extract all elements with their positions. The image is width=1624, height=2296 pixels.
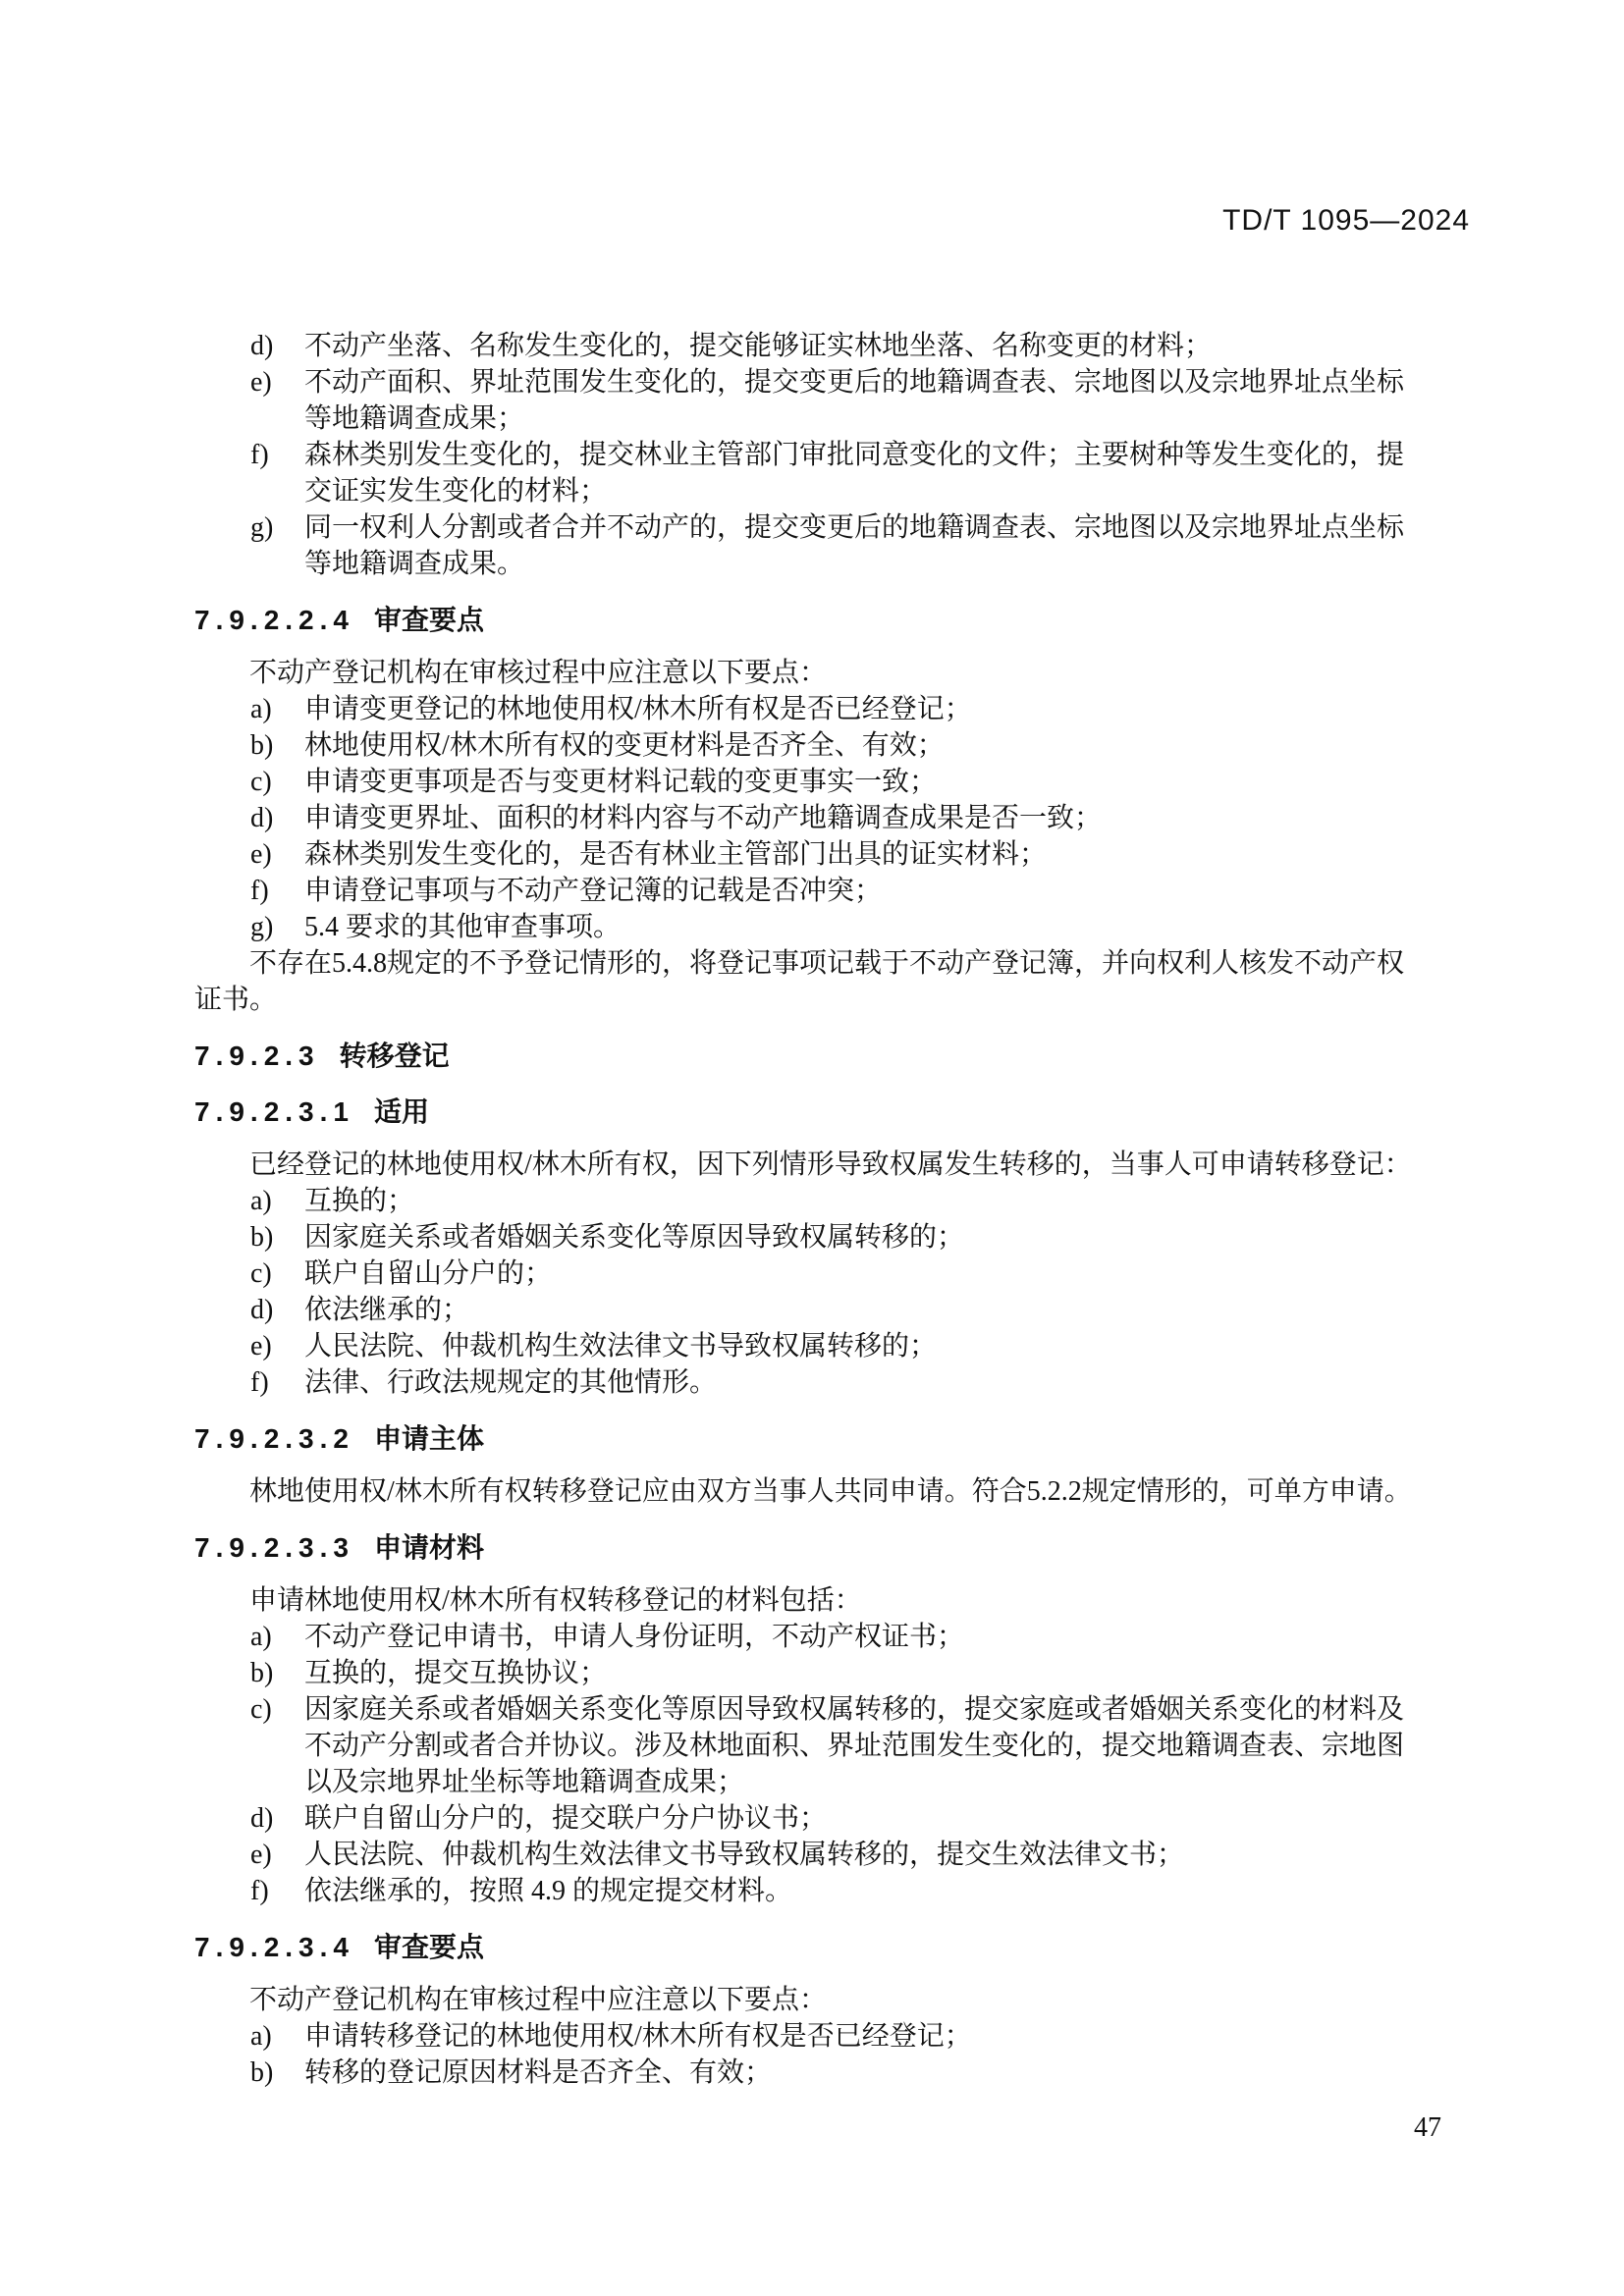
list-item-text: 林地使用权/林木所有权的变更材料是否齐全、有效；: [304, 727, 945, 764]
list-item: d) 申请变更界址、面积的材料内容与不动产地籍调查成果是否一致；: [250, 800, 1463, 836]
list-item-label: b): [250, 727, 304, 764]
list-item-text: 申请变更界址、面积的材料内容与不动产地籍调查成果是否一致；: [304, 800, 1102, 836]
section-heading-7-9-2-3: 7.9.2.3转移登记: [194, 1038, 1463, 1074]
section-title: 申请主体: [374, 1423, 484, 1454]
list-item-label: a): [250, 1183, 304, 1219]
list-item-label: b): [250, 1655, 304, 1691]
list-item-text: 人民法院、仲裁机构生效法律文书导致权属转移的，提交生效法律文书；: [304, 1837, 1184, 1873]
list-item-text: 联户自留山分户的；: [304, 1255, 552, 1292]
section-number: 7.9.2.3.2: [194, 1423, 354, 1454]
list-item: f) 法律、行政法规规定的其他情形。: [250, 1364, 1463, 1401]
list-item: c) 申请变更事项是否与变更材料记载的变更事实一致；: [250, 764, 1463, 800]
list-item-label: c): [250, 1255, 304, 1292]
list-item-text: 联户自留山分户的，提交联户分户协议书；: [304, 1800, 827, 1837]
list-item-label: a): [250, 1619, 304, 1655]
list-item-text: 不动产面积、界址范围发生变化的，提交变更后的地籍调查表、宗地图以及宗地界址点坐标…: [304, 364, 1404, 437]
list-item-label: f): [250, 1873, 304, 1909]
list-item: e) 不动产面积、界址范围发生变化的，提交变更后的地籍调查表、宗地图以及宗地界址…: [250, 364, 1463, 437]
list-item-text: 互换的，提交互换协议；: [304, 1655, 607, 1691]
list-item: d) 不动产坐落、名称发生变化的，提交能够证实林地坐落、名称变更的材料；: [250, 328, 1463, 364]
list-item-label: e): [250, 364, 304, 400]
list-item-text: 人民法院、仲裁机构生效法律文书导致权属转移的；: [304, 1328, 937, 1364]
list-item-label: f): [250, 873, 304, 909]
list-item-text: 互换的；: [304, 1183, 414, 1219]
list-item: a) 申请变更登记的林地使用权/林木所有权是否已经登记；: [250, 691, 1463, 727]
page-content: d) 不动产坐落、名称发生变化的，提交能够证实林地坐落、名称变更的材料； e) …: [194, 328, 1463, 2091]
list-item: e) 人民法院、仲裁机构生效法律文书导致权属转移的；: [250, 1328, 1463, 1364]
list-item: e) 森林类别发生变化的，是否有林业主管部门出具的证实材料；: [250, 836, 1463, 873]
section-heading-7-9-2-3-2: 7.9.2.3.2申请主体: [194, 1420, 1463, 1457]
list-item: b) 转移的登记原因材料是否齐全、有效；: [250, 2055, 1463, 2091]
list-continuation: d) 不动产坐落、名称发生变化的，提交能够证实林地坐落、名称变更的材料； e) …: [250, 328, 1463, 582]
list-item-label: a): [250, 691, 304, 727]
list-item-text: 申请登记事项与不动产登记簿的记载是否冲突；: [304, 873, 882, 909]
list-item: g) 5.4 要求的其他审查事项。: [250, 909, 1463, 945]
list-item: a) 不动产登记申请书，申请人身份证明，不动产权证书；: [250, 1619, 1463, 1655]
list-item-text: 申请变更事项是否与变更材料记载的变更事实一致；: [304, 764, 937, 800]
section-title: 转移登记: [340, 1041, 450, 1071]
list-item-text: 依法继承的；: [304, 1292, 469, 1328]
paragraph-intro: 申请林地使用权/林木所有权转移登记的材料包括：: [194, 1582, 1463, 1619]
list-item-text: 森林类别发生变化的，提交林业主管部门审批同意变化的文件；主要树种等发生变化的，提…: [304, 437, 1404, 509]
list-item-label: d): [250, 328, 304, 364]
list-item-label: f): [250, 437, 304, 473]
section-heading-7-9-2-2-4: 7.9.2.2.4审查要点: [194, 602, 1463, 638]
list-review-points-change: a) 申请变更登记的林地使用权/林木所有权是否已经登记； b) 林地使用权/林木…: [250, 691, 1463, 945]
list-item-text: 不动产坐落、名称发生变化的，提交能够证实林地坐落、名称变更的材料；: [304, 328, 1212, 364]
section-number: 7.9.2.3.3: [194, 1532, 354, 1563]
list-item: f) 依法继承的，按照 4.9 的规定提交材料。: [250, 1873, 1463, 1909]
list-item-label: e): [250, 836, 304, 873]
section-number: 7.9.2.3.4: [194, 1932, 354, 1962]
list-item: b) 因家庭关系或者婚姻关系变化等原因导致权属转移的；: [250, 1219, 1463, 1255]
document-page: TD/T 1095—2024 d) 不动产坐落、名称发生变化的，提交能够证实林地…: [0, 0, 1624, 2296]
list-item: e) 人民法院、仲裁机构生效法律文书导致权属转移的，提交生效法律文书；: [250, 1837, 1463, 1873]
paragraph-intro: 不动产登记机构在审核过程中应注意以下要点：: [194, 655, 1463, 691]
section-title: 审查要点: [374, 1932, 484, 1962]
section-title: 审查要点: [374, 605, 484, 635]
list-item-label: c): [250, 1691, 304, 1728]
paragraph-closing: 不存在5.4.8规定的不予登记情形的，将登记事项记载于不动产登记簿，并向权利人核…: [194, 945, 1463, 1018]
list-item-text: 依法继承的，按照 4.9 的规定提交材料。: [304, 1873, 792, 1909]
list-item-text: 申请变更登记的林地使用权/林木所有权是否已经登记；: [304, 691, 972, 727]
section-heading-7-9-2-3-3: 7.9.2.3.3申请材料: [194, 1529, 1463, 1566]
section-title: 申请材料: [374, 1532, 484, 1563]
list-item-text: 森林类别发生变化的，是否有林业主管部门出具的证实材料；: [304, 836, 1047, 873]
page-number: 47: [1414, 2112, 1441, 2144]
list-item: d) 依法继承的；: [250, 1292, 1463, 1328]
list-item-label: b): [250, 1219, 304, 1255]
list-item: f) 森林类别发生变化的，提交林业主管部门审批同意变化的文件；主要树种等发生变化…: [250, 437, 1463, 509]
list-item-text: 不动产登记申请书，申请人身份证明，不动产权证书；: [304, 1619, 964, 1655]
list-item: d) 联户自留山分户的，提交联户分户协议书；: [250, 1800, 1463, 1837]
list-item-text: 申请转移登记的林地使用权/林木所有权是否已经登记；: [304, 2018, 972, 2055]
list-item-label: d): [250, 1292, 304, 1328]
paragraph-intro: 已经登记的林地使用权/林木所有权，因下列情形导致权属发生转移的，当事人可申请转移…: [194, 1147, 1463, 1183]
list-transfer-circumstances: a) 互换的； b) 因家庭关系或者婚姻关系变化等原因导致权属转移的； c) 联…: [250, 1183, 1463, 1401]
section-title: 适用: [374, 1096, 429, 1127]
list-item-text: 同一权利人分割或者合并不动产的，提交变更后的地籍调查表、宗地图以及宗地界址点坐标…: [304, 509, 1404, 582]
list-item-label: c): [250, 764, 304, 800]
list-item: a) 互换的；: [250, 1183, 1463, 1219]
list-item: c) 因家庭关系或者婚姻关系变化等原因导致权属转移的，提交家庭或者婚姻关系变化的…: [250, 1691, 1463, 1800]
list-item-text: 因家庭关系或者婚姻关系变化等原因导致权属转移的；: [304, 1219, 964, 1255]
paragraph-body: 林地使用权/林木所有权转移登记应由双方当事人共同申请。符合5.2.2规定情形的，…: [194, 1473, 1463, 1510]
list-item-text: 法律、行政法规规定的其他情形。: [304, 1364, 717, 1401]
section-number: 7.9.2.2.4: [194, 605, 354, 635]
list-item: c) 联户自留山分户的；: [250, 1255, 1463, 1292]
list-item-label: f): [250, 1364, 304, 1401]
list-item: b) 林地使用权/林木所有权的变更材料是否齐全、有效；: [250, 727, 1463, 764]
paragraph-intro: 不动产登记机构在审核过程中应注意以下要点：: [194, 1982, 1463, 2018]
section-number: 7.9.2.3.1: [194, 1096, 354, 1127]
section-heading-7-9-2-3-4: 7.9.2.3.4审查要点: [194, 1929, 1463, 1965]
list-item-label: g): [250, 509, 304, 546]
list-review-points-transfer: a) 申请转移登记的林地使用权/林木所有权是否已经登记； b) 转移的登记原因材…: [250, 2018, 1463, 2091]
list-item: f) 申请登记事项与不动产登记簿的记载是否冲突；: [250, 873, 1463, 909]
list-item: a) 申请转移登记的林地使用权/林木所有权是否已经登记；: [250, 2018, 1463, 2055]
list-item-label: d): [250, 800, 304, 836]
list-item-label: d): [250, 1800, 304, 1837]
list-item-text: 因家庭关系或者婚姻关系变化等原因导致权属转移的，提交家庭或者婚姻关系变化的材料及…: [304, 1691, 1404, 1800]
document-code: TD/T 1095—2024: [1222, 204, 1470, 238]
list-item-label: b): [250, 2055, 304, 2091]
list-item: b) 互换的，提交互换协议；: [250, 1655, 1463, 1691]
list-item: g) 同一权利人分割或者合并不动产的，提交变更后的地籍调查表、宗地图以及宗地界址…: [250, 509, 1463, 582]
list-item-text: 转移的登记原因材料是否齐全、有效；: [304, 2055, 772, 2091]
list-item-label: e): [250, 1837, 304, 1873]
section-heading-7-9-2-3-1: 7.9.2.3.1适用: [194, 1094, 1463, 1130]
list-item-label: a): [250, 2018, 304, 2055]
list-item-label: e): [250, 1328, 304, 1364]
list-application-materials: a) 不动产登记申请书，申请人身份证明，不动产权证书； b) 互换的，提交互换协…: [250, 1619, 1463, 1909]
section-number: 7.9.2.3: [194, 1041, 320, 1071]
list-item-label: g): [250, 909, 304, 945]
list-item-text: 5.4 要求的其他审查事项。: [304, 909, 621, 945]
